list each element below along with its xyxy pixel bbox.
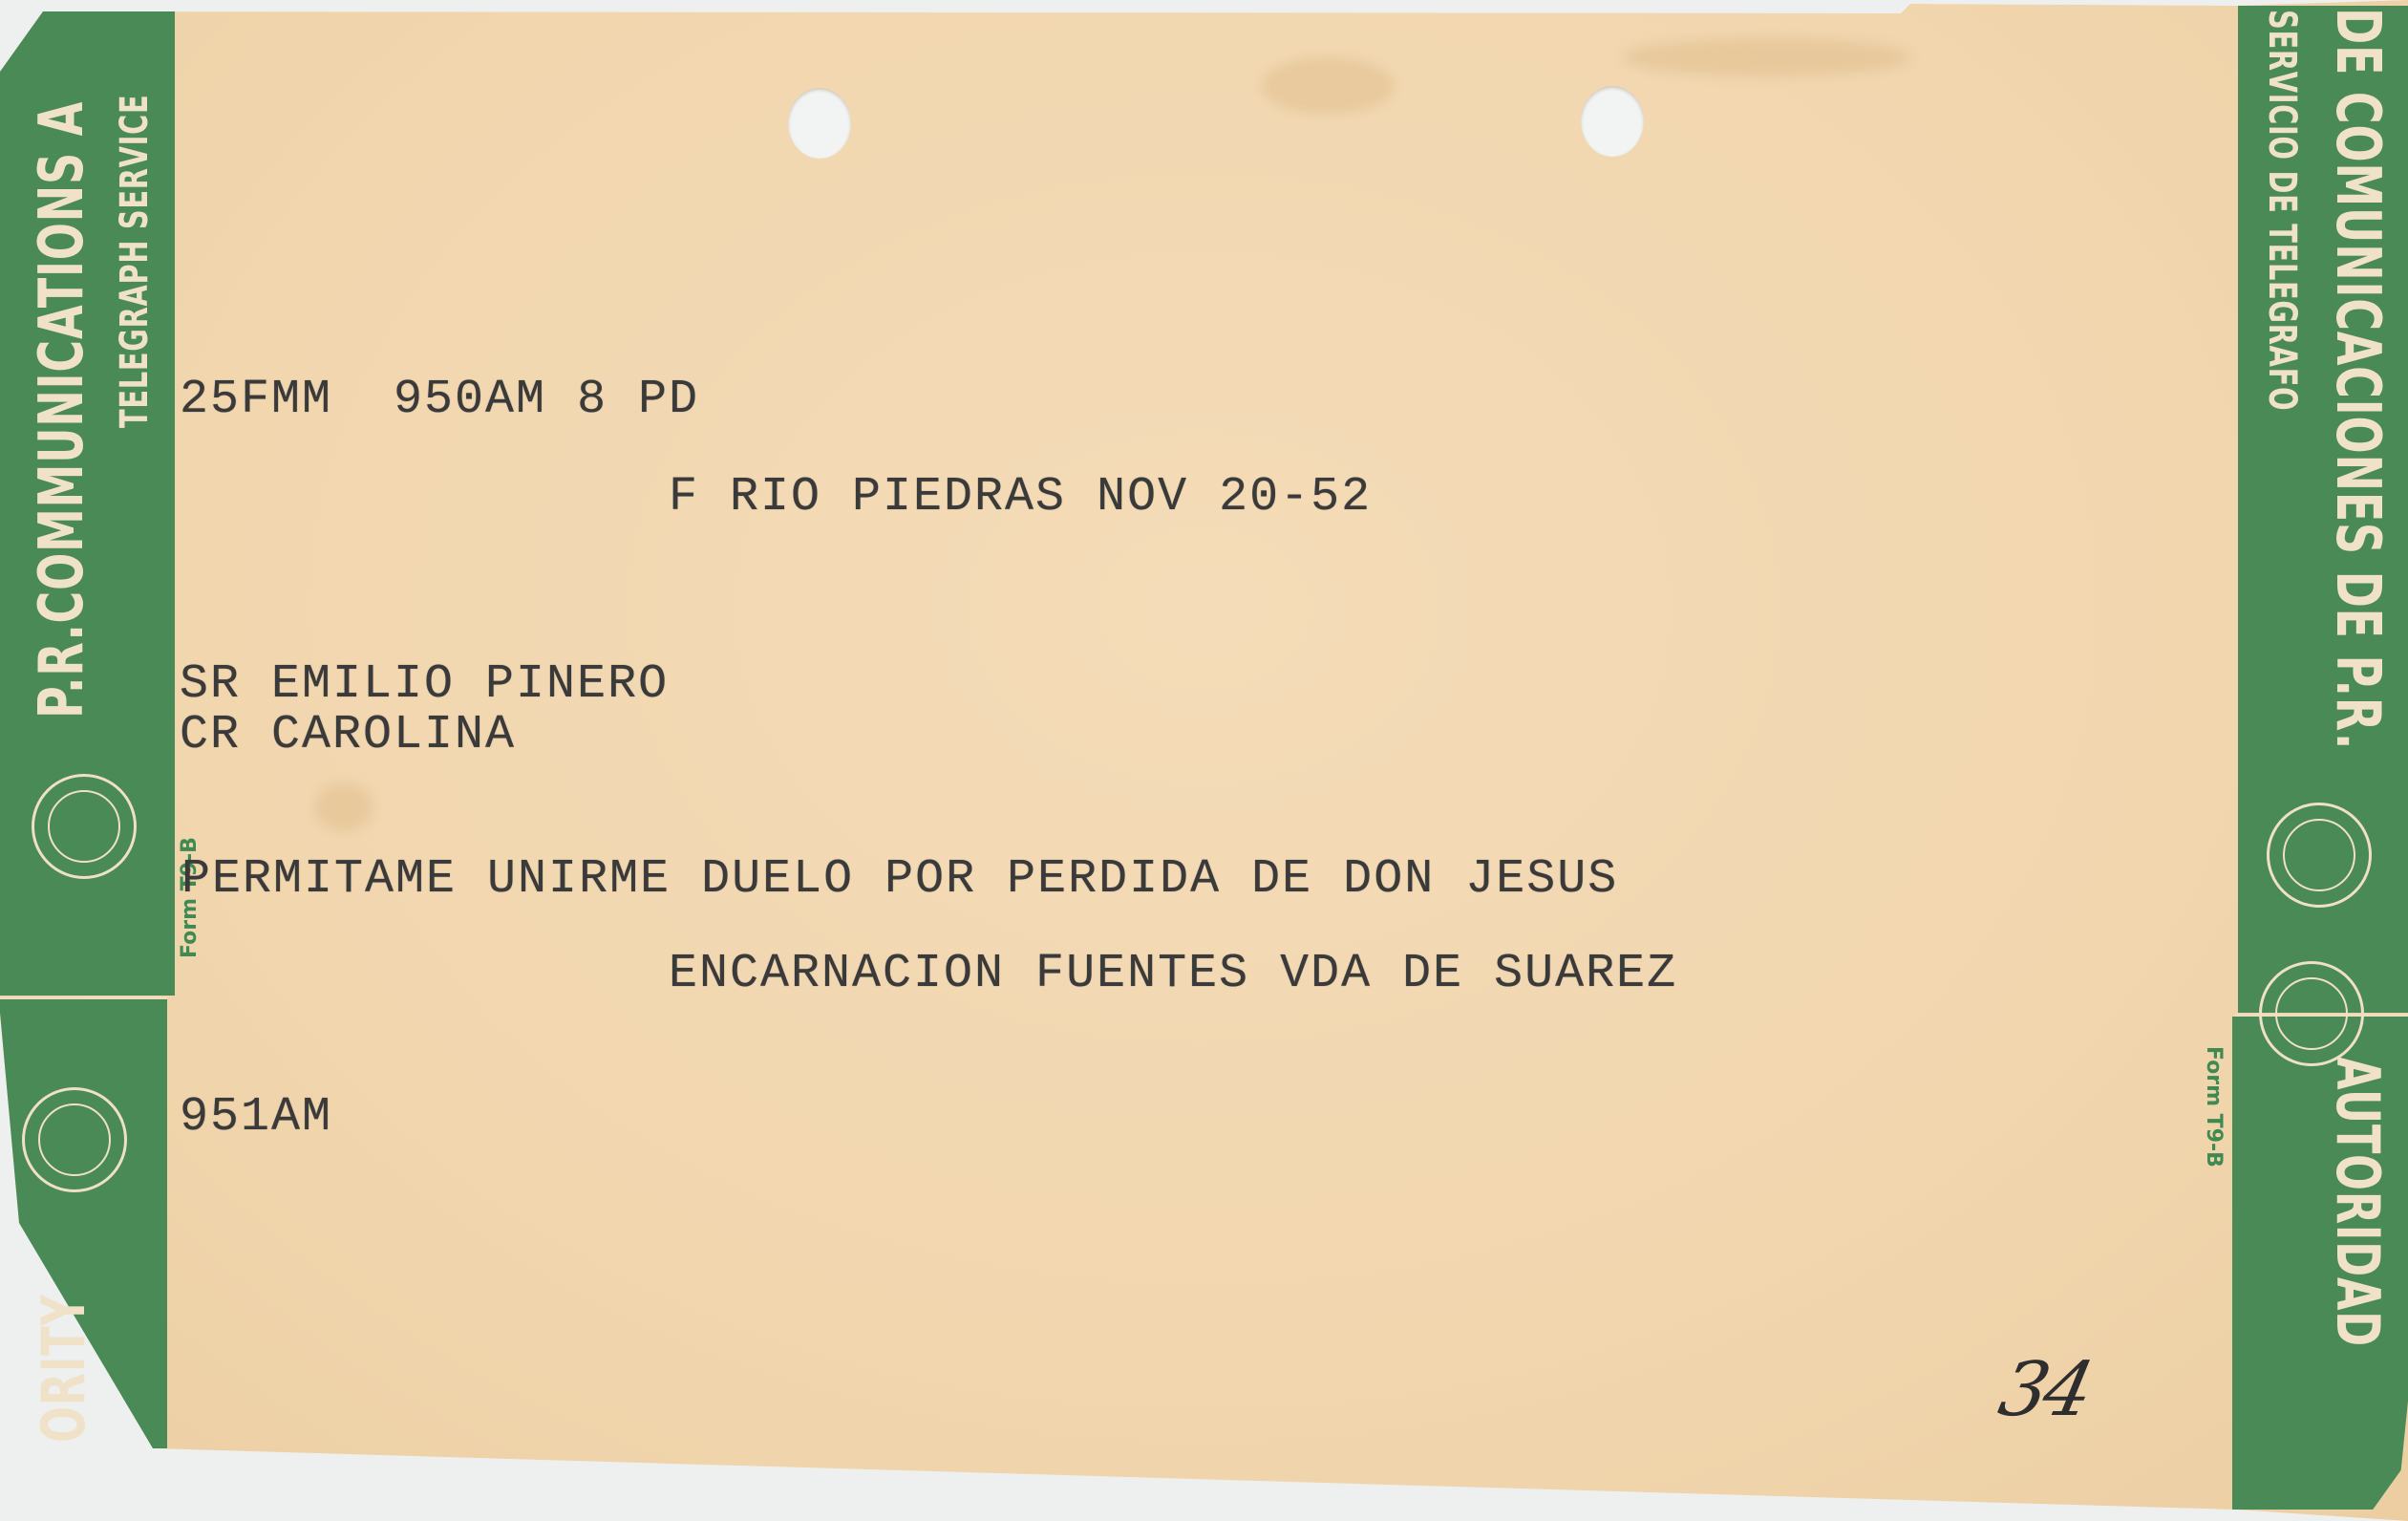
received-time: 951AM bbox=[180, 1094, 332, 1142]
handwritten-page-number: 34 bbox=[1992, 1347, 2097, 1433]
age-stain bbox=[315, 783, 373, 831]
recipient-name: SR EMILIO PINERO bbox=[180, 661, 669, 709]
age-stain bbox=[1624, 38, 1910, 76]
sender-signature: ENCARNACION FUENTES VDA DE SUAREZ bbox=[669, 951, 1677, 998]
left-fold-line bbox=[0, 996, 167, 999]
right-strip-secondary-text: SERVICIO DE TELEGRAFO bbox=[2260, 10, 2304, 568]
message-body: PERMITAME UNIRME DUELO POR PERDIDA DE DO… bbox=[181, 856, 1618, 904]
form-number-label-right: Form T9-B bbox=[2202, 1046, 2226, 1168]
age-stain bbox=[1261, 57, 1395, 115]
header-line: 25FMM 950AM 8 PD bbox=[180, 376, 699, 424]
authority-seal-icon bbox=[32, 774, 137, 879]
left-strip-bottom-text: ORITY bbox=[29, 1236, 98, 1443]
authority-seal-icon bbox=[2267, 803, 2372, 908]
origin-line: F RIO PIEDRAS NOV 20-52 bbox=[669, 474, 1372, 522]
punch-hole-left bbox=[788, 88, 851, 159]
punch-hole-right bbox=[1581, 86, 1644, 157]
left-strip-primary-text: P.R.COMMUNICATIONS A bbox=[27, 0, 97, 718]
right-strip-bottom-text: AUTORIDAD bbox=[2323, 1057, 2393, 1460]
authority-seal-icon bbox=[2259, 961, 2364, 1066]
authority-seal-icon bbox=[22, 1087, 127, 1192]
recipient-location: CR CAROLINA bbox=[180, 712, 516, 760]
left-strip-secondary-text: TELEGRAPH SERVICE bbox=[113, 0, 157, 428]
